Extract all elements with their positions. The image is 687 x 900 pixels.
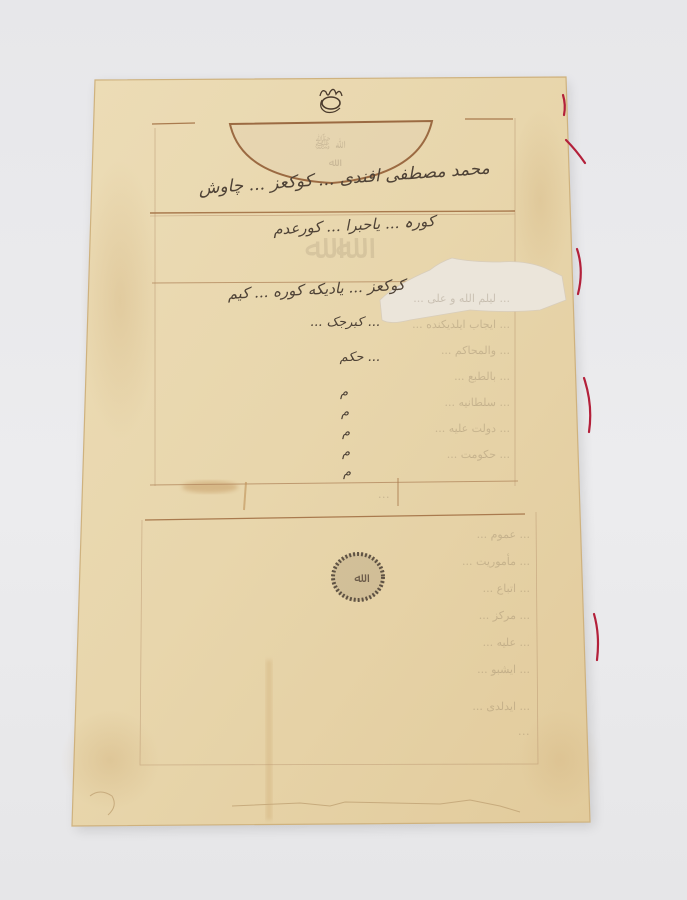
printed-line: ... مرکز ... <box>150 609 530 622</box>
printed-line: ... اتباع ... <box>150 582 530 595</box>
printed-line: ... عموم ... <box>150 528 530 541</box>
printed-line: ... دولت علیه ... <box>160 422 510 435</box>
printed-line: ... علیه ... <box>150 636 530 649</box>
printed-line: ... <box>150 725 530 738</box>
printed-line: ... سلطانیه ... <box>160 396 510 409</box>
cartouche-calligraphy: ﷲ ﷺ <box>314 133 346 152</box>
printed-line: ... بالطبع ... <box>160 370 510 383</box>
stitch-5 <box>594 614 598 660</box>
printed-line: ... <box>260 488 390 501</box>
stitch-3 <box>577 249 581 294</box>
printed-line: ... والمحاکم ... <box>160 344 510 357</box>
printed-line: ... حکومت ... <box>160 448 510 461</box>
printed-line: ... ایجاب ایلدیکنده ... <box>160 318 510 331</box>
printed-line: ... ایشبو ... <box>150 663 530 676</box>
water-stain <box>182 481 238 493</box>
stitch-4 <box>584 378 590 432</box>
printed-line: ... لیلم الله و علی ... <box>160 292 510 305</box>
drip-stain <box>266 660 272 820</box>
handwritten-mark-5: م <box>343 465 351 480</box>
printed-line: ... ایدلدی ... <box>150 700 530 713</box>
printed-line: ... مأموریت ... <box>150 555 530 568</box>
